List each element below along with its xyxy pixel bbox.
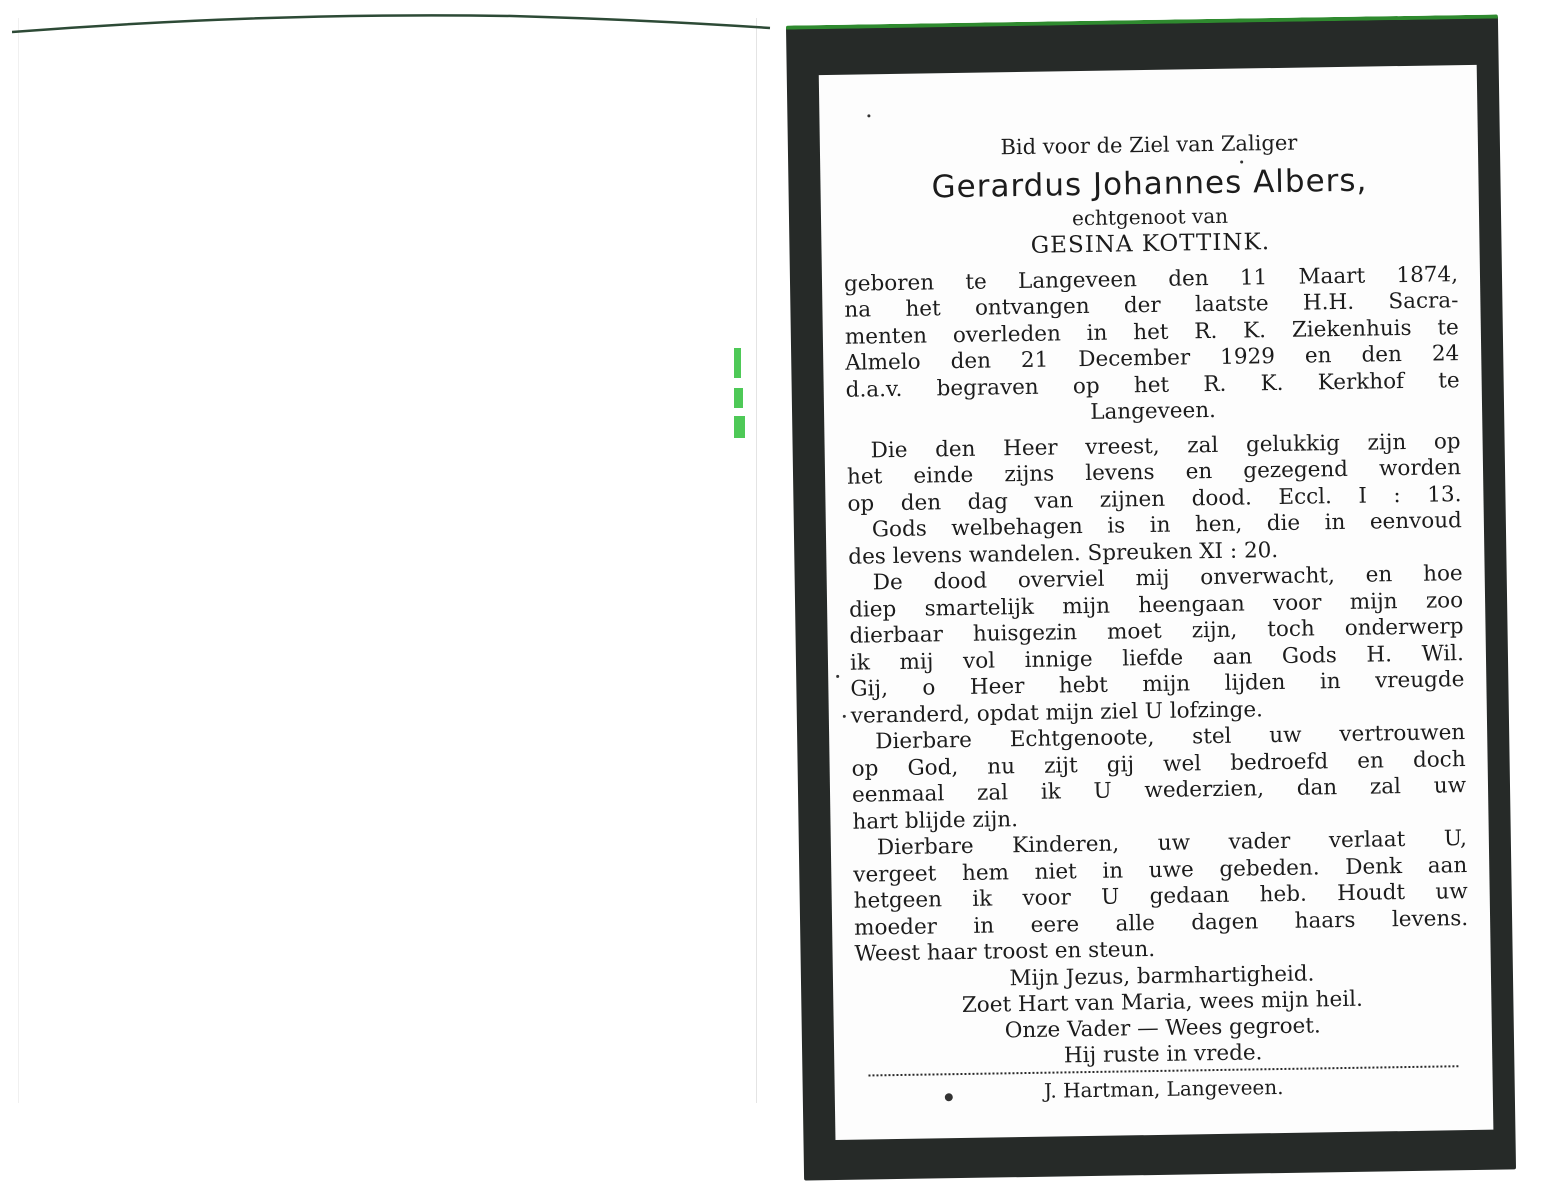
scan-speck (945, 1093, 953, 1101)
prayer-intro: Bid voor de Ziel van Zaliger (842, 127, 1456, 163)
closing-prayers: Mijn Jezus, barmhartigheid. Zoet Hart va… (855, 959, 1471, 1073)
scan-speck (836, 675, 839, 678)
scripture-paragraph: Gods welbehagen is in hen, die in eenvou… (848, 508, 1463, 571)
blank-back-page (18, 18, 757, 1103)
printer-credit: J. Hartman, Langeveen. (857, 1071, 1471, 1107)
scripture-paragraph: Die den Heer vreest, zal gelukkig zijn o… (846, 429, 1461, 518)
scan-speck (843, 715, 846, 718)
memorial-card: Bid voor de Ziel van Zaliger Gerardus Jo… (786, 14, 1516, 1180)
farewell-paragraph: De dood overviel mij onverwacht, en hoe … (849, 561, 1465, 730)
green-fold-mark (734, 348, 752, 440)
scan-speck (867, 114, 870, 117)
spouse-paragraph: Dierbare Echtgenoote, stel uw vertrouwen… (851, 720, 1467, 836)
card-text-area: Bid voor de Ziel van Zaliger Gerardus Jo… (819, 65, 1494, 1140)
scanned-page-edge (12, 10, 492, 24)
biography: geboren te Langeveen den 11 Maart 1874, … (844, 262, 1460, 431)
scan-speck (1240, 160, 1243, 163)
children-paragraph: Dierbare Kinderen, uw vader verlaat U, v… (853, 826, 1469, 968)
card-text: Bid voor de Ziel van Zaliger Gerardus Jo… (842, 127, 1471, 1107)
